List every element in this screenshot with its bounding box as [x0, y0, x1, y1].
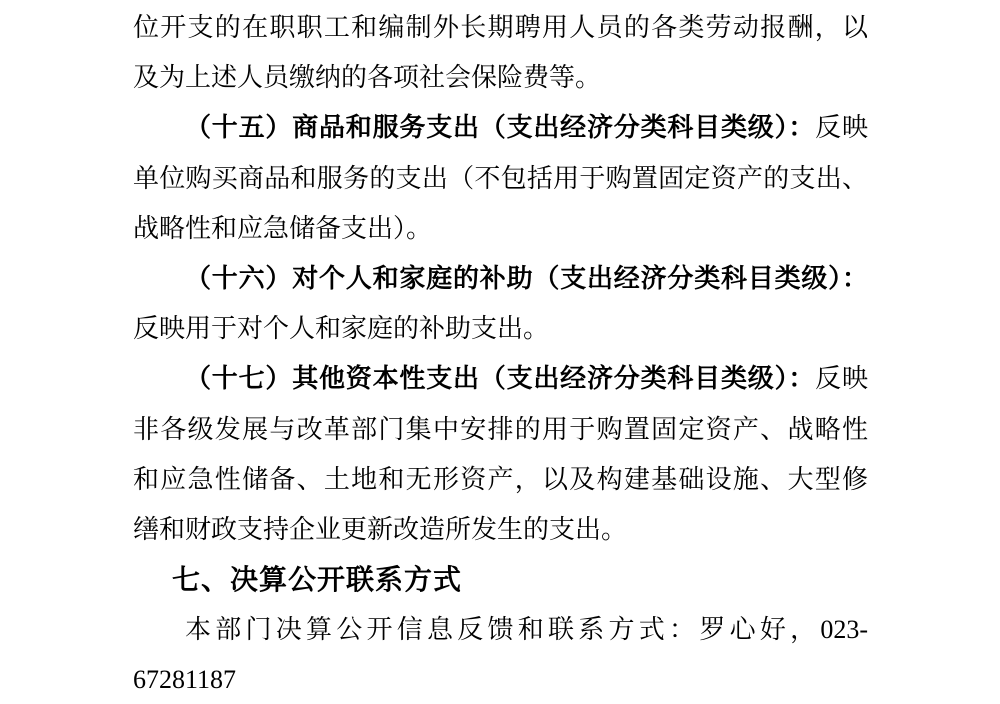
text-segment: 本部门决算公开信息反馈和联系方式：罗心好，023- [185, 615, 868, 644]
text-line: （十五）商品和服务支出（支出经济分类科目类级）：反映 [133, 103, 868, 153]
bold-text-segment: 七、决算公开联系方式 [172, 564, 462, 595]
document-page: 位开支的在职职工和编制外长期聘用人员的各类劳动报酬，以及为上述人员缴纳的各项社会… [133, 3, 868, 704]
text-segment: 位开支的在职职工和编制外长期聘用人员的各类劳动报酬，以 [133, 13, 868, 42]
bold-text-segment: （十六）对个人和家庭的补助（支出经济分类科目类级）： [185, 264, 868, 293]
bold-text-segment: （十五）商品和服务支出（支出经济分类科目类级）： [185, 113, 815, 142]
text-segment: 及为上述人员缴纳的各项社会保险费等。 [133, 63, 601, 92]
text-line: 及为上述人员缴纳的各项社会保险费等。 [133, 53, 868, 103]
text-line: 单位购买商品和服务的支出（不包括用于购置固定资产的支出、 [133, 154, 868, 204]
text-line: 缮和财政支持企业更新改造所发生的支出。 [133, 505, 868, 555]
text-line: 战略性和应急储备支出）。 [133, 204, 868, 254]
text-segment: 反映用于对个人和家庭的补助支出。 [133, 314, 549, 343]
text-line: 位开支的在职职工和编制外长期聘用人员的各类劳动报酬，以 [133, 3, 868, 53]
text-segment: 战略性和应急储备支出）。 [133, 214, 432, 243]
text-line: 本部门决算公开信息反馈和联系方式：罗心好，023- [133, 605, 868, 655]
text-segment: 反映 [815, 364, 868, 393]
text-line: 反映用于对个人和家庭的补助支出。 [133, 304, 868, 354]
text-line: 67281187 [133, 655, 868, 704]
text-segment: 和应急性储备、土地和无形资产，以及构建基础设施、大型修 [133, 465, 868, 494]
text-segment: 非各级发展与改革部门集中安排的用于购置固定资产、战略性 [133, 415, 868, 444]
bold-text-segment: （十七）其他资本性支出（支出经济分类科目类级）： [185, 364, 815, 393]
text-segment: 反映 [815, 113, 868, 142]
text-line: 非各级发展与改革部门集中安排的用于购置固定资产、战略性 [133, 405, 868, 455]
text-segment: 单位购买商品和服务的支出（不包括用于购置固定资产的支出、 [133, 164, 868, 193]
text-line: （十六）对个人和家庭的补助（支出经济分类科目类级）： [133, 254, 868, 304]
text-segment: 缮和财政支持企业更新改造所发生的支出。 [133, 515, 627, 544]
page-background: { "page": { "background_color": "#ffffff… [0, 0, 1000, 704]
text-segment: 67281187 [133, 665, 236, 694]
text-line: 和应急性储备、土地和无形资产，以及构建基础设施、大型修 [133, 455, 868, 505]
section-heading: 七、决算公开联系方式 [133, 555, 868, 605]
text-line: （十七）其他资本性支出（支出经济分类科目类级）：反映 [133, 354, 868, 404]
